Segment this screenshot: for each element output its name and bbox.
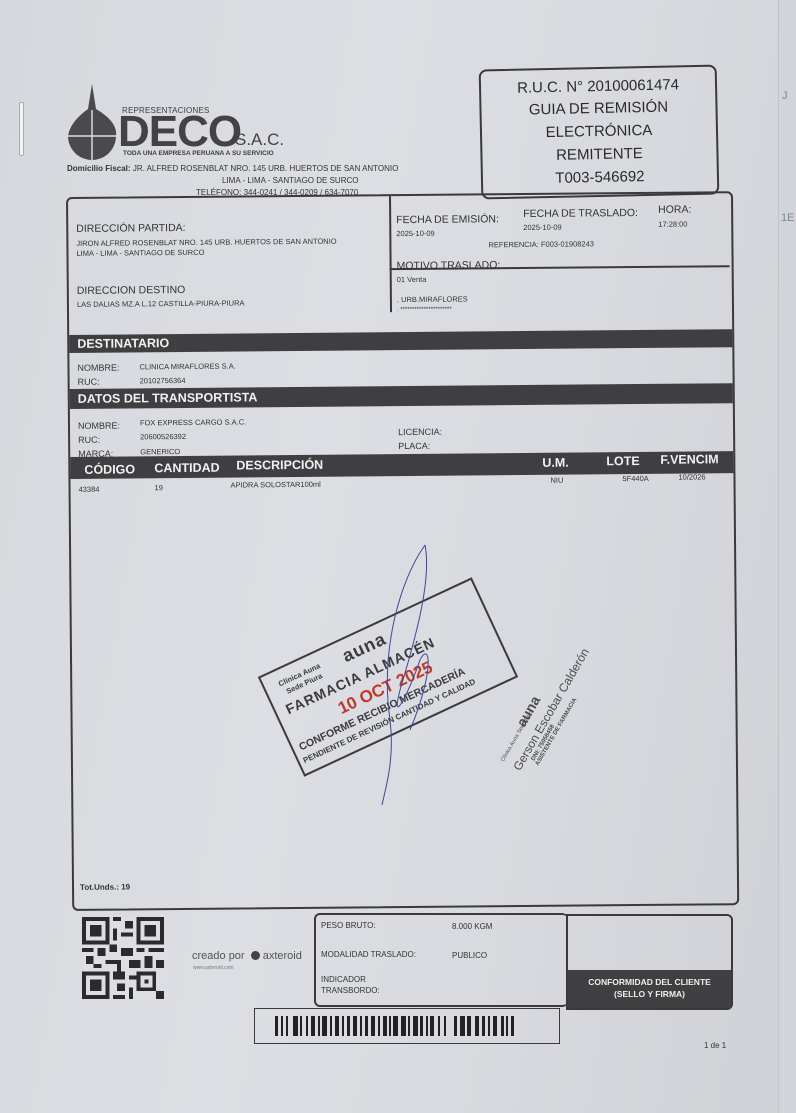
partida-line1: JIRON ALFRED ROSENBLAT NRO. 145 URB. HUE… — [76, 237, 336, 248]
col-vencim: F.VENCIM — [660, 452, 718, 467]
hora-label: HORA: — [658, 204, 691, 216]
peso-label: PESO BRUTO: — [321, 921, 376, 930]
placa-label: PLACA: — [398, 441, 430, 451]
document-number: T003-546692 — [483, 166, 717, 190]
edge-mark: 1E — [781, 212, 794, 224]
indicador-label-2: TRANSBORDO: — [321, 986, 380, 995]
fiscal-label: Domicilio Fiscal: — [67, 164, 131, 173]
urb-mask: . ********************** — [397, 307, 452, 313]
trans-nombre-label: NOMBRE: — [78, 421, 120, 431]
trans-ruc-value: 20600526392 — [140, 432, 186, 441]
item-vencim: 10/2026 — [678, 472, 705, 481]
adjacent-page-edge: J 1E — [778, 0, 796, 1113]
creado-label: creado por — [192, 950, 245, 962]
logo-name: DECO — [118, 110, 241, 154]
transportista-header: DATOS DEL TRANSPORTISTA — [70, 383, 733, 409]
trans-nombre-value: FOX EXPRESS CARGO S.A.C. — [140, 417, 246, 427]
traslado-value: 2025-10-09 — [523, 223, 561, 232]
customer-conformity-box: CONFORMIDAD DEL CLIENTE (SELLO Y FIRMA) — [566, 914, 733, 1010]
modalidad-label: MODALIDAD TRASLADO: — [321, 950, 416, 959]
destino-value: LAS DALIAS MZ.A L.12 CASTILLA-PIURA-PIUR… — [77, 298, 245, 308]
axteroid-brand: axteroid — [263, 950, 302, 962]
axteroid-logo-icon — [251, 951, 260, 960]
item-descripcion: APIDRA SOLOSTAR100ml — [230, 480, 320, 490]
qr-code — [82, 915, 164, 1001]
edge-mark: J — [782, 90, 788, 102]
page-number: 1 de 1 — [704, 1041, 726, 1050]
urb-value: . URB.MIRAFLORES — [397, 294, 468, 304]
dest-ruc-value: 20102756364 — [140, 376, 186, 385]
item-lote: 5F440A — [622, 474, 648, 483]
partida-label: DIRECCIÓN PARTIDA: — [76, 222, 185, 235]
col-descripcion: DESCRIPCIÓN — [236, 458, 323, 473]
logo-tagline: TODA UNA EMPRESA PERUANA A SU SERVICIO — [123, 150, 274, 157]
licencia-label: LICENCIA: — [398, 427, 442, 437]
col-lote: LOTE — [606, 454, 639, 468]
destino-label: DIRECCION DESTINO — [77, 284, 186, 297]
logo-suffix: S.A.C. — [235, 130, 284, 150]
destinatario-header: DESTINATARIO — [69, 329, 732, 353]
creado-por: creado por axteroid — [192, 950, 302, 962]
doc-type-line2: ELECTRÓNICA — [482, 120, 716, 144]
signature-scribble — [340, 540, 460, 810]
col-codigo: CÓDIGO — [84, 462, 135, 476]
conformity-label: CONFORMIDAD DEL CLIENTE (SELLO Y FIRMA) — [568, 970, 731, 1008]
dest-ruc-label: RUC: — [78, 377, 100, 387]
col-cantidad: CANTIDAD — [154, 461, 219, 476]
total-units: Tot.Unds.: 19 — [80, 882, 130, 891]
fiscal-line2: LIMA - LIMA - SANTIAGO DE SURCO — [222, 176, 358, 185]
divider — [389, 196, 392, 312]
fiscal-address: Domicilio Fiscal: JR. ALFRED ROSENBLAT N… — [67, 164, 398, 173]
table-row: 43384 19 APIDRA SOLOSTAR100ml NIU 5F440A… — [68, 193, 731, 199]
axteroid-url: www.axteroid.com — [193, 965, 234, 971]
referencia: REFERENCIA: F003-01908243 — [488, 239, 594, 249]
ruc-document-box: R.U.C. N° 20100061474 GUIA DE REMISIÓN E… — [479, 65, 720, 200]
motivo-value: 01 Venta — [397, 275, 427, 284]
partida-line2: LIMA - LIMA - SANTIAGO DE SURCO — [76, 248, 204, 258]
emision-label: FECHA DE EMISIÓN: — [396, 213, 499, 226]
traslado-label: FECHA DE TRASLADO: — [523, 207, 638, 220]
ruc-number: R.U.C. N° 20100061474 — [481, 76, 715, 98]
dest-nombre-value: CLINICA MIRAFLORES S.A. — [139, 362, 235, 372]
emision-value: 2025-10-09 — [396, 229, 434, 238]
doc-type-line3: REMITENTE — [482, 143, 716, 167]
indicador-label-1: INDICADOR — [321, 975, 366, 984]
deco-drop-logo-icon — [66, 84, 118, 160]
item-cantidad: 19 — [155, 483, 163, 492]
trans-ruc-label: RUC: — [78, 435, 100, 445]
item-um: NIU — [550, 476, 563, 485]
modalidad-value: PUBLICO — [452, 951, 487, 960]
item-codigo: 43384 — [79, 485, 100, 494]
conformity-line2: (SELLO Y FIRMA) — [568, 988, 731, 1000]
dest-nombre-label: NOMBRE: — [77, 363, 119, 373]
staple — [19, 102, 24, 156]
trans-marca-value: GENERICO — [140, 447, 180, 456]
fiscal-line1: JR. ALFRED ROSENBLAT NRO. 145 URB. HUERT… — [133, 164, 399, 173]
motivo-label: MOTIVO TRASLADO: — [397, 259, 501, 272]
transport-summary-box: PESO BRUTO: 8.000 KGM MODALIDAD TRASLADO… — [314, 913, 568, 1007]
doc-type-line1: GUIA DE REMISIÓN — [481, 97, 715, 121]
hora-value: 17:28:00 — [658, 220, 687, 229]
col-um: U.M. — [542, 456, 569, 470]
conformity-line1: CONFORMIDAD DEL CLIENTE — [568, 976, 731, 988]
peso-value: 8.000 KGM — [452, 922, 492, 931]
barcode — [254, 1008, 560, 1044]
